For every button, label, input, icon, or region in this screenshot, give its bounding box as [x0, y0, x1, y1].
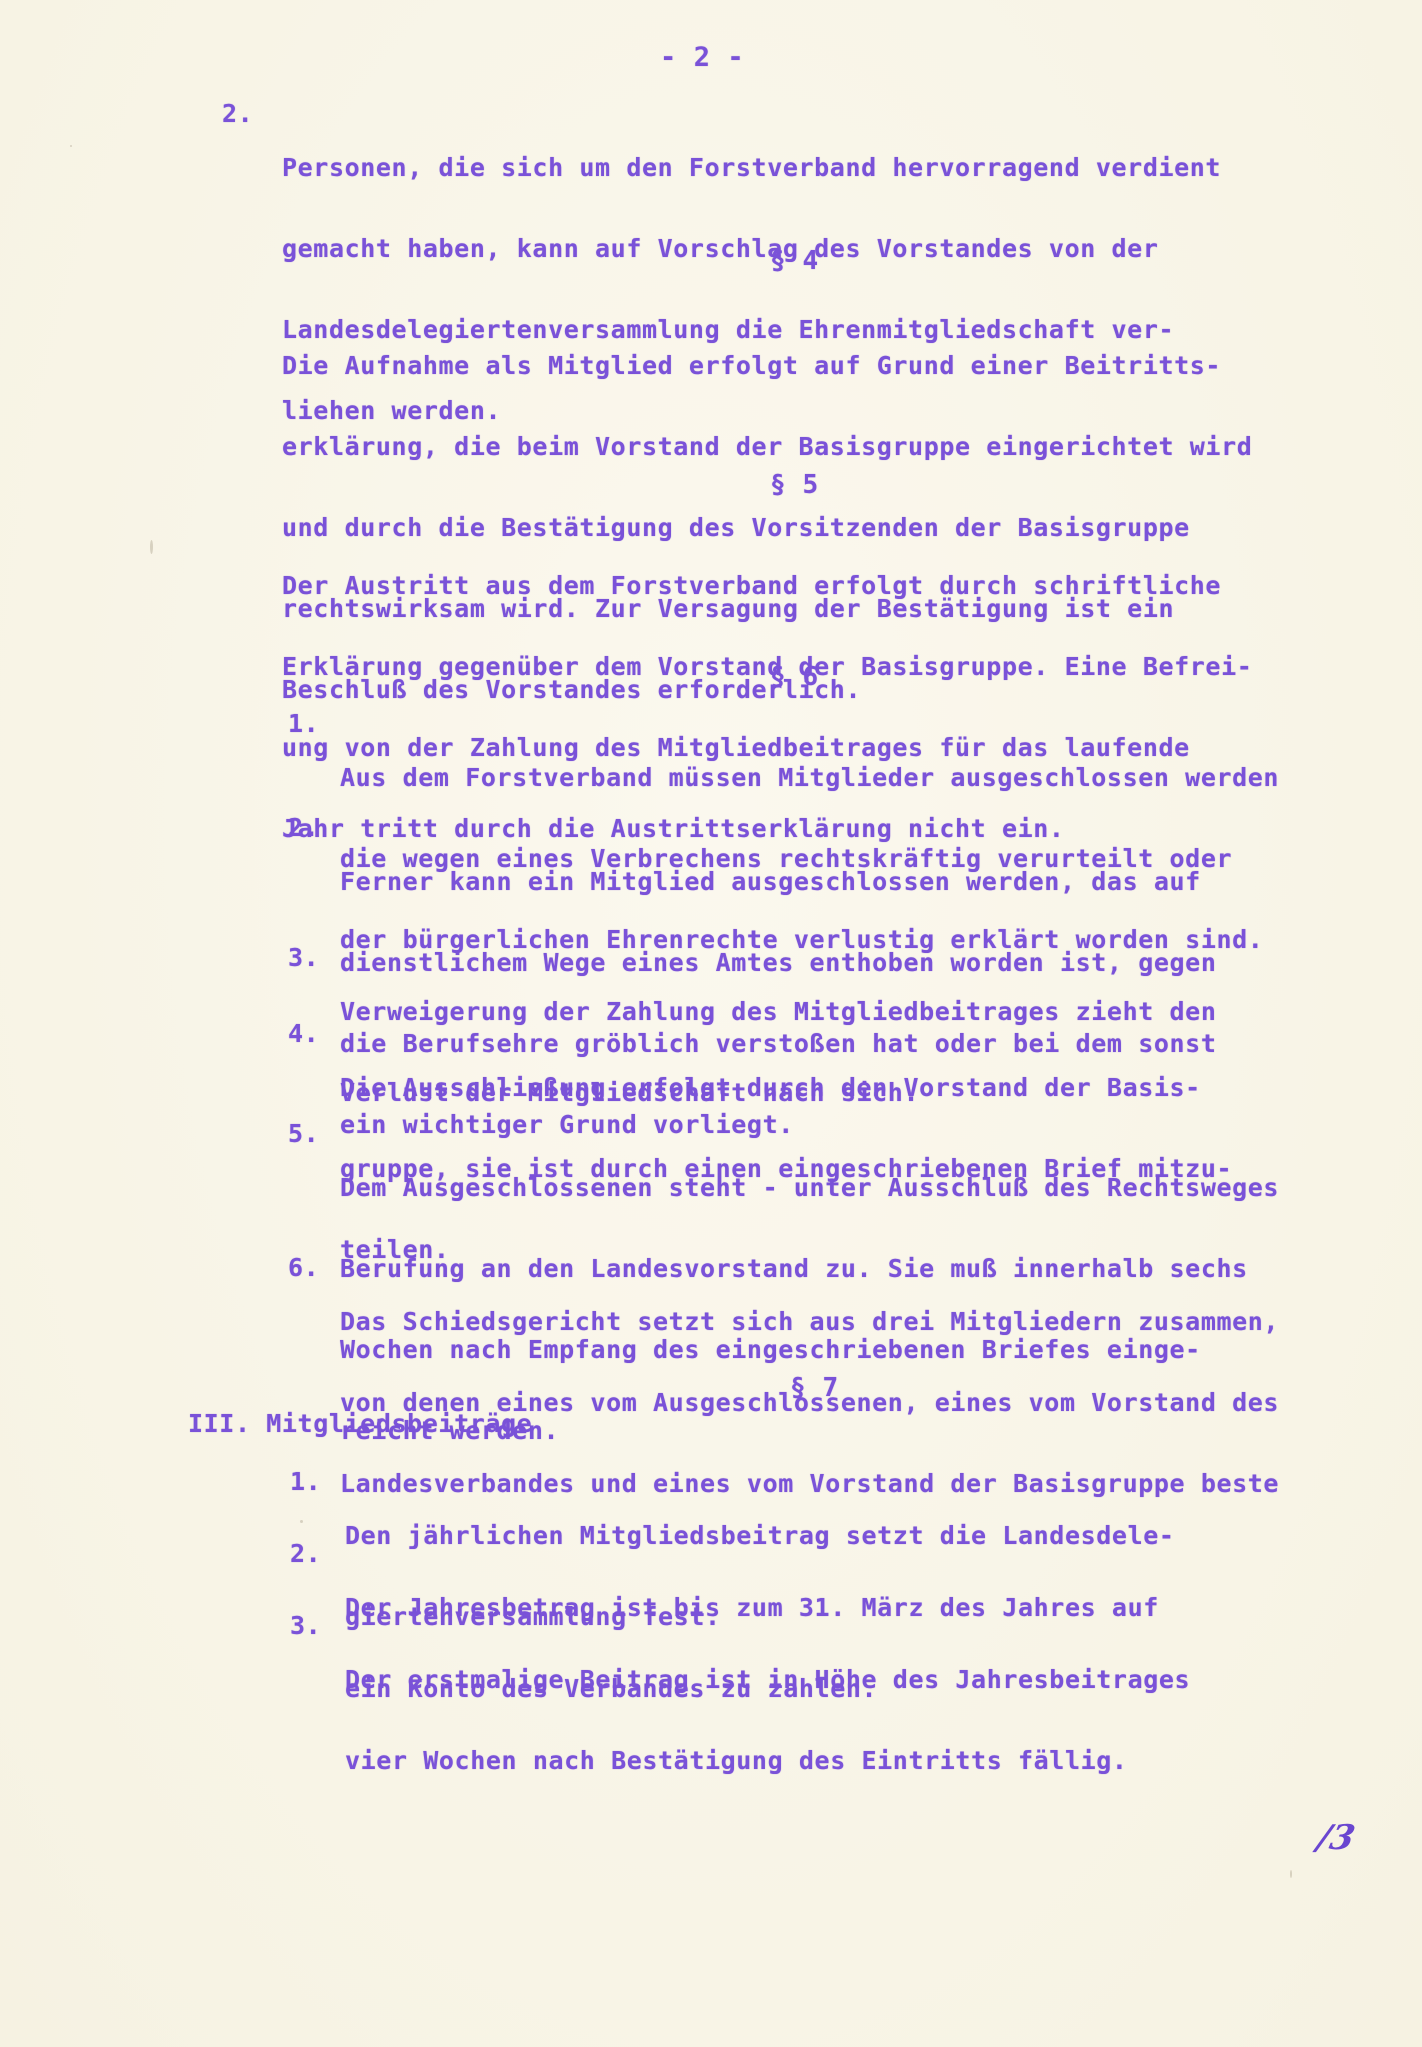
- section-7-item-1-number: 1.: [290, 1468, 321, 1495]
- text-line: Personen, die sich um den Forstverband h…: [282, 154, 1221, 181]
- page-header-number: - 2 -: [660, 44, 744, 71]
- text-line: Aus dem Forstverband müssen Mitglieder a…: [340, 764, 1279, 791]
- section-5-heading: § 5: [770, 472, 819, 499]
- text-line: Das Schiedsgericht setzt sich aus drei M…: [340, 1308, 1279, 1335]
- paper-speck: [1290, 1870, 1292, 1878]
- section-6-item-2-number: 2.: [288, 814, 319, 841]
- text-line: Erklärung gegenüber dem Vorstand der Bas…: [282, 653, 1252, 680]
- section-4-heading: § 4: [770, 248, 819, 275]
- text-line: Der Austritt aus dem Forstverband erfolg…: [282, 572, 1252, 599]
- section-6-item-3-number: 3.: [288, 944, 319, 971]
- section-6-item-4-number: 4.: [288, 1020, 319, 1047]
- paper-speck: [300, 1520, 303, 1523]
- text-line: Ferner kann ein Mitglied ausgeschlossen …: [340, 868, 1216, 895]
- section-6-item-1-number: 1.: [288, 710, 319, 737]
- text-line: Der erstmalige Beitrag ist in Höhe des J…: [345, 1666, 1190, 1693]
- text-line: Die Aufnahme als Mitglied erfolgt auf Gr…: [282, 352, 1252, 379]
- section-7-item-2-number: 2.: [290, 1540, 321, 1567]
- text-line: vier Wochen nach Bestätigung des Eintrit…: [345, 1747, 1190, 1774]
- text-line: Die Ausschließung erfolgt durch den Vors…: [340, 1074, 1232, 1101]
- section-7-item-3-text: Der erstmalige Beitrag ist in Höhe des J…: [345, 1612, 1190, 1828]
- chapter-heading: III. Mitgliedsbeiträge: [188, 1410, 532, 1437]
- section-6-heading: § 6: [770, 664, 819, 691]
- text-line: gemacht haben, kann auf Vorschlag des Vo…: [282, 235, 1221, 262]
- paper-speck: [150, 540, 153, 554]
- handwritten-page-number: /3: [1314, 1818, 1359, 1858]
- paper-speck: [70, 145, 72, 147]
- document-page: - 2 - 2. Personen, die sich um den Forst…: [0, 0, 1422, 2047]
- section-7-item-3-number: 3.: [290, 1612, 321, 1639]
- text-line: erklärung, die beim Vorstand der Basisgr…: [282, 433, 1252, 460]
- section-6-item-6-number: 6.: [288, 1254, 319, 1281]
- section-6-item-5-number: 5.: [288, 1120, 319, 1147]
- text-line: Dem Ausgeschlossenen steht - unter Aussc…: [340, 1174, 1279, 1201]
- intro-item-number: 2.: [222, 100, 253, 127]
- section-7-heading: § 7: [790, 1375, 839, 1402]
